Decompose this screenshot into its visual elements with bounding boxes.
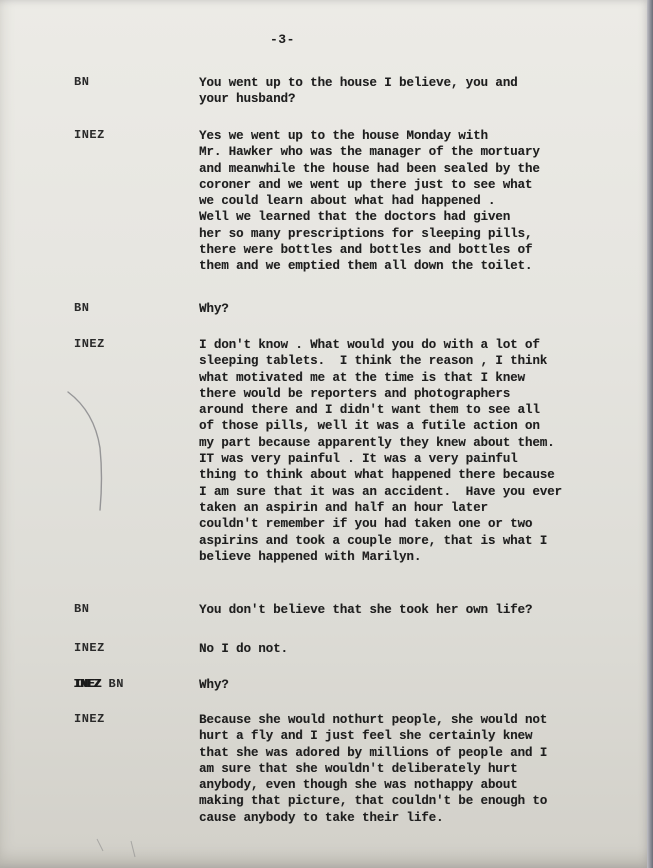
speech-line: aspirins and took a couple more, that is… (199, 533, 639, 549)
speech-text: Why? (199, 301, 639, 317)
speech-line: Mr. Hawker who was the manager of the mo… (199, 144, 639, 160)
speaker-name: INEZ (74, 337, 105, 351)
speech-line: Why? (199, 301, 639, 317)
speech-line: IT was very painful . It was a very pain… (199, 451, 639, 467)
speech-line: my part because apparently they knew abo… (199, 435, 639, 451)
speaker-name: INEZ (74, 128, 105, 142)
speaker-label: BN (74, 301, 89, 315)
speaker-name: INEZ (74, 712, 105, 726)
speaker-label: INEZ BN (74, 677, 124, 691)
speech-line: making that picture, that couldn't be en… (199, 793, 639, 809)
speech-line: Because she would nothurt people, she wo… (199, 712, 639, 728)
speaker-name: BN (74, 301, 89, 315)
speech-text: No I do not. (199, 641, 639, 657)
speech-line: of those pills, well it was a futile act… (199, 418, 639, 434)
speaker-name: BN (74, 75, 89, 89)
speech-line: hurt a fly and I just feel she certainly… (199, 728, 639, 744)
speech-line: No I do not. (199, 641, 639, 657)
speech-text: Yes we went up to the house Monday withM… (199, 128, 639, 275)
speech-line: anybody, even though she was nothappy ab… (199, 777, 639, 793)
speaker-label: INEZ (74, 641, 105, 655)
speech-line: thing to think about what happened there… (199, 467, 639, 483)
speech-line: couldn't remember if you had taken one o… (199, 516, 639, 532)
speech-line: we could learn about what had happened . (199, 193, 639, 209)
speech-line: I don't know . What would you do with a … (199, 337, 639, 353)
speech-text: Why? (199, 677, 639, 693)
speaker-label: INEZ (74, 128, 105, 142)
struck-speaker-label: INEZ (74, 677, 101, 691)
speech-line: I am sure that it was an accident. Have … (199, 484, 639, 500)
speech-line: believe happened with Marilyn. (199, 549, 639, 565)
speech-text: You don't believe that she took her own … (199, 602, 639, 618)
pencil-mark (62, 378, 122, 518)
speech-line: and meanwhile the house had been sealed … (199, 161, 639, 177)
page-edge-shadow (647, 0, 653, 868)
speaker-label: INEZ (74, 712, 105, 726)
speaker-label: BN (74, 602, 89, 616)
speech-text: Because she would nothurt people, she wo… (199, 712, 639, 826)
speech-line: cause anybody to take their life. (199, 810, 639, 826)
speech-line: sleeping tablets. I think the reason , I… (199, 353, 639, 369)
speech-line: You went up to the house I believe, you … (199, 75, 639, 91)
speech-line: coroner and we went up there just to see… (199, 177, 639, 193)
speech-line: your husband? (199, 91, 639, 107)
speech-line: her so many prescriptions for sleeping p… (199, 226, 639, 242)
speaker-name: BN (109, 677, 124, 691)
speech-line: what motivated me at the time is that I … (199, 370, 639, 386)
speaker-name: BN (74, 602, 89, 616)
speech-line: Yes we went up to the house Monday with (199, 128, 639, 144)
speech-text: You went up to the house I believe, you … (199, 75, 639, 108)
speech-line: there were bottles and bottles and bottl… (199, 242, 639, 258)
speech-line: am sure that she wouldn't deliberately h… (199, 761, 639, 777)
speech-line: taken an aspirin and half an hour later (199, 500, 639, 516)
page-number: -3- (270, 32, 295, 47)
speech-text: I don't know . What would you do with a … (199, 337, 639, 565)
speech-line: You don't believe that she took her own … (199, 602, 639, 618)
speech-line: Well we learned that the doctors had giv… (199, 209, 639, 225)
document-page: -3- BNYou went up to the house I believe… (0, 0, 653, 868)
pencil-scratch-mark (95, 835, 155, 868)
speaker-label: INEZ (74, 337, 105, 351)
speaker-label: BN (74, 75, 89, 89)
speech-line: around there and I didn't want them to s… (199, 402, 639, 418)
speech-line: that she was adored by millions of peopl… (199, 745, 639, 761)
speech-line: there would be reporters and photographe… (199, 386, 639, 402)
speech-line: Why? (199, 677, 639, 693)
speech-line: them and we emptied them all down the to… (199, 258, 639, 274)
speaker-name: INEZ (74, 641, 105, 655)
